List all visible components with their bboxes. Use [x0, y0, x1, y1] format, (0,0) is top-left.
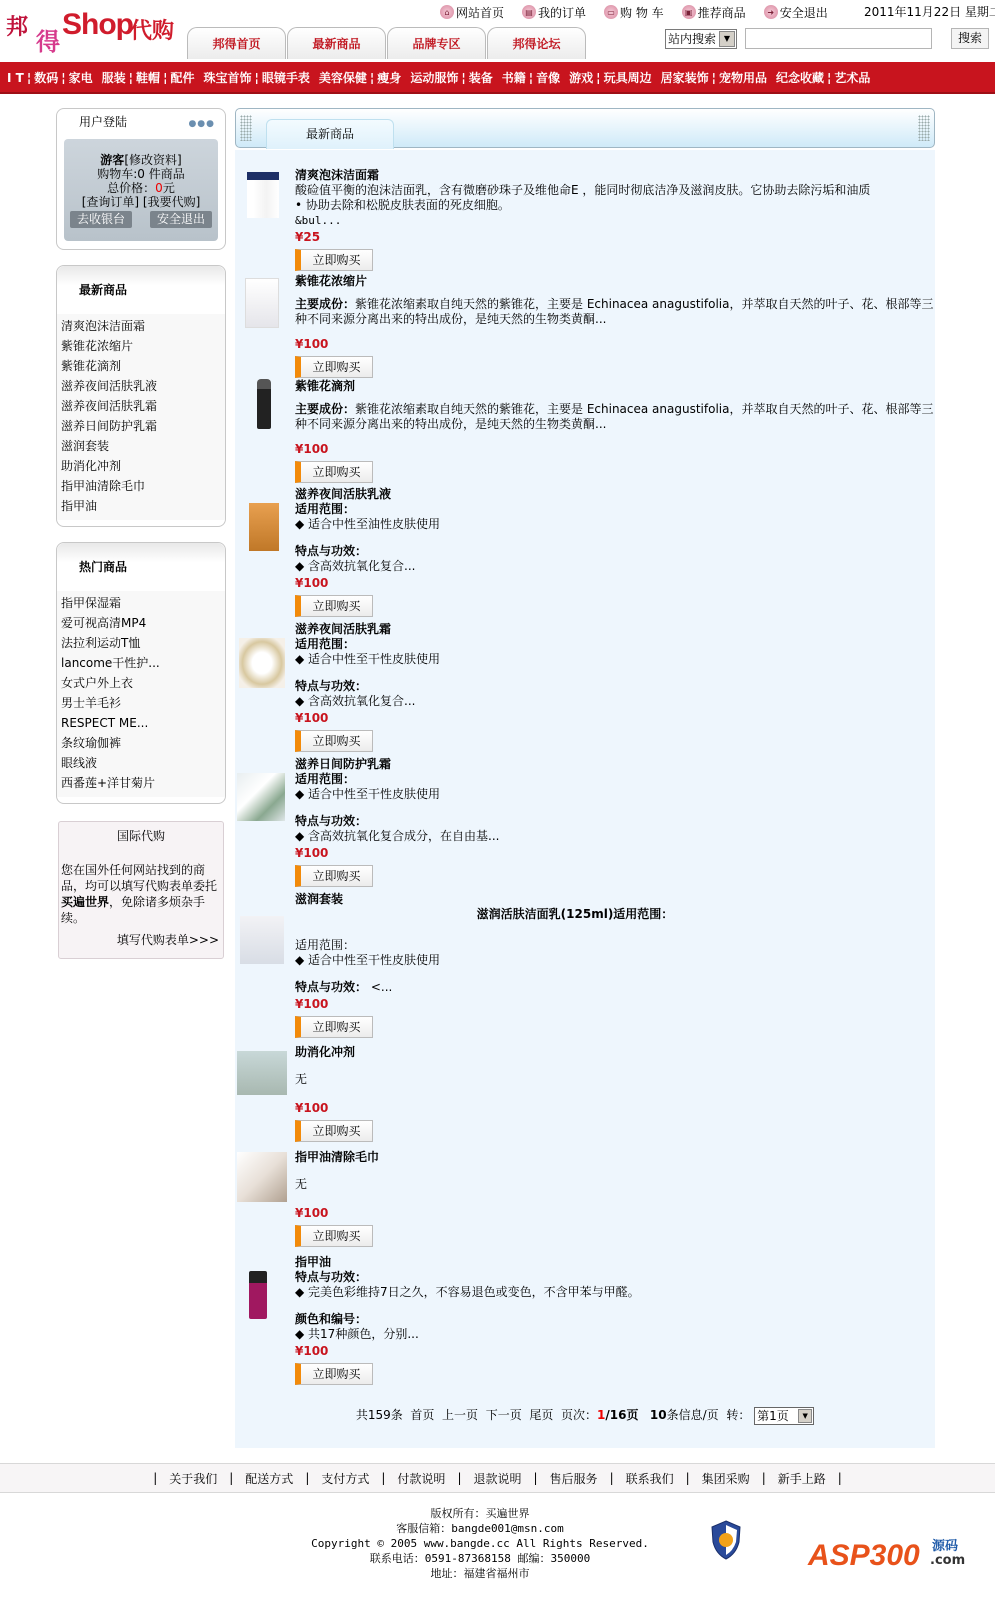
more-dots-icon: ●●● — [188, 119, 215, 129]
product-thumbnail[interactable] — [249, 503, 279, 551]
category-link[interactable]: 珠宝首饰 — [203, 71, 251, 85]
intl-daigou-desc: 您在国外任何网站找到的商品，均可以填写代购表单委托买遍世界，免除诸多烦杂手续。 — [59, 844, 223, 926]
product-price: ¥100 — [295, 711, 935, 726]
product-price: ¥100 — [295, 337, 935, 352]
product-price: ¥25 — [295, 230, 935, 245]
buy-now-button[interactable]: 立即购买 — [295, 356, 373, 378]
product-list: 清爽泡沫洁面霜 酸硷值平衡的泡沫洁面乳，含有微磨砂珠子及维他命E ，能同时彻底洁… — [235, 150, 935, 1448]
link-label: 安全退出 — [780, 4, 828, 21]
footer-link-refund[interactable]: 退款说明 — [473, 1470, 521, 1487]
product-name[interactable]: 紫锥花浓缩片 — [295, 274, 935, 289]
goto-label: 转： — [726, 1408, 750, 1422]
intl-daigou-title: 国际代购 — [59, 822, 223, 844]
product-name[interactable]: 清爽泡沫洁面霜 — [295, 168, 935, 183]
list-item[interactable]: 指甲油 — [61, 496, 225, 516]
logo-text-bang: 邦 — [6, 10, 28, 41]
footer-nav: |关于我们 |配送方式 |支付方式 |付款说明 |退款说明 |售后服务 |联系我… — [0, 1463, 995, 1493]
site-logo[interactable]: 邦 得 Shop 代购 — [4, 4, 182, 52]
search-input[interactable] — [745, 28, 932, 49]
logo-text-shop: Shop — [62, 8, 133, 42]
main-panel-header: 最新商品 — [235, 108, 935, 148]
cart-summary: 购物车:0 件商品 — [64, 167, 218, 181]
buy-now-button[interactable]: 立即购买 — [295, 1225, 373, 1247]
product-name[interactable]: 助消化冲剂 — [295, 1045, 935, 1060]
footer-link-payment-notes[interactable]: 付款说明 — [397, 1470, 445, 1487]
product-thumbnail[interactable] — [240, 916, 284, 964]
category-link[interactable]: 家电 — [69, 71, 93, 85]
product-thumbnail[interactable] — [249, 1271, 267, 1319]
next-page-link[interactable]: 下一页 — [486, 1408, 522, 1422]
footer-link-delivery[interactable]: 配送方式 — [245, 1470, 293, 1487]
page-label: 页次： — [561, 1408, 597, 1422]
asp300-logo[interactable]: ASP300 源码 .com — [808, 1525, 968, 1575]
list-item[interactable]: 紫锥花浓缩片 — [61, 336, 225, 356]
list-item[interactable]: 法拉利运动T恤 — [61, 633, 225, 653]
list-item[interactable]: 滋养日间防护乳霜 — [61, 416, 225, 436]
list-item[interactable]: 滋养夜间活肤乳液 — [61, 376, 225, 396]
search-scope-value: 站内搜索 — [668, 32, 716, 46]
list-item[interactable]: lancome干性护... — [61, 653, 225, 673]
current-date: 2011年11月22日 星期二 — [864, 3, 995, 20]
category-group: 美容保健¦瘦身 — [319, 69, 401, 86]
list-item[interactable]: 滋润套装 — [61, 436, 225, 456]
category-link[interactable]: 瘦身 — [377, 71, 401, 85]
buy-now-button[interactable]: 立即购买 — [295, 461, 373, 483]
login-box: 用户登陆 ●●● 游客[修改资料] 购物车:0 件商品 总价格：0元 [查询订单… — [56, 108, 226, 250]
logout-button[interactable]: 安全退出 — [150, 211, 212, 228]
link-label: 购 物 车 — [620, 4, 664, 21]
list-item[interactable]: 指甲油清除毛巾 — [61, 476, 225, 496]
product-price: ¥100 — [295, 576, 935, 591]
security-shield-icon[interactable] — [710, 1520, 742, 1560]
logo-text-daigou: 代购 — [130, 14, 174, 45]
category-link[interactable]: 服装 — [102, 71, 126, 85]
username: 游客 — [100, 153, 124, 167]
home-icon: ⌂ — [440, 5, 454, 19]
category-group: 纪念收藏¦艺术品 — [776, 69, 870, 86]
search-button[interactable]: 搜索 — [951, 28, 989, 49]
list-item[interactable]: 西番莲+洋甘菊片 — [61, 773, 225, 793]
product-name[interactable]: 指甲油 — [295, 1255, 935, 1270]
product-thumbnail[interactable] — [237, 773, 285, 821]
product-price: ¥100 — [295, 442, 935, 457]
category-nav: I T¦数码¦家电 服装¦鞋帽¦配件 珠宝首饰¦眼镜手表 美容保健¦瘦身 运动服… — [0, 62, 995, 94]
list-item[interactable]: 条纹瑜伽裤 — [61, 733, 225, 753]
product-name[interactable]: 滋养日间防护乳霜 — [295, 757, 935, 772]
logo-text-de: 得 — [36, 22, 60, 57]
product-thumbnail[interactable] — [239, 638, 285, 688]
category-link[interactable]: 游戏 — [569, 71, 593, 85]
product-name[interactable]: 紫锥花滴剂 — [295, 379, 935, 394]
copyright-info: 版权所有：买遍世界 客服信箱：bangde001@msn.com Copyrig… — [300, 1506, 660, 1581]
new-products-title: 最新商品 — [79, 281, 127, 298]
buy-now-button[interactable]: 立即购买 — [295, 1363, 373, 1385]
list-item[interactable]: 滋养夜间活肤乳霜 — [61, 396, 225, 416]
category-link[interactable]: 艺术品 — [834, 71, 870, 85]
per-page-count: 10 — [650, 1408, 667, 1422]
category-link[interactable]: 运动服饰 — [410, 71, 458, 85]
product-thumbnail[interactable] — [247, 172, 279, 218]
list-item[interactable]: RESPECT ME... — [61, 713, 225, 733]
category-link[interactable]: I T — [7, 71, 24, 85]
checkout-button[interactable]: 去收银台 — [70, 211, 132, 228]
footer-link-about[interactable]: 关于我们 — [169, 1470, 217, 1487]
page-select-value: 第1页 — [757, 1409, 789, 1423]
buy-now-button[interactable]: 立即购买 — [295, 1016, 373, 1038]
category-group: 居家装饰¦宠物用品 — [661, 69, 767, 86]
footer-link-contact[interactable]: 联系我们 — [626, 1470, 674, 1487]
search-scope-select[interactable]: 站内搜索 ▼ — [665, 29, 737, 49]
main-tabs: 邦得首页 最新商品 品牌专区 邦得论坛 — [187, 27, 587, 59]
grip-icon — [918, 115, 930, 141]
link-label: 推荐商品 — [698, 4, 746, 21]
link-site-home[interactable]: ⌂ 网站首页 — [440, 4, 504, 21]
hot-products-title: 热门商品 — [79, 558, 127, 575]
product-subtitle: 滋润活肤洁面乳(125ml)适用范围： — [295, 907, 935, 922]
product-name[interactable]: 指甲油清除毛巾 — [295, 1150, 935, 1165]
category-link[interactable]: 眼镜手表 — [262, 71, 310, 85]
total-value: 0 — [155, 181, 163, 195]
chevron-down-icon: ▼ — [719, 31, 735, 47]
link-logout[interactable]: ➜ 安全退出 — [764, 4, 828, 21]
product-name[interactable]: 滋养夜间活肤乳液 — [295, 487, 935, 502]
category-group: I T¦数码¦家电 — [7, 69, 93, 86]
recommend-icon: ▣ — [682, 5, 696, 19]
category-link[interactable]: 玩具周边 — [604, 71, 652, 85]
per-page-label: 条信息/页 — [667, 1408, 719, 1422]
category-link[interactable]: 装备 — [469, 71, 493, 85]
category-link[interactable]: 宠物用品 — [719, 71, 767, 85]
category-link[interactable]: 音像 — [536, 71, 560, 85]
footer-link-group-buy[interactable]: 集团采购 — [702, 1470, 750, 1487]
category-link[interactable]: 配件 — [170, 71, 194, 85]
list-item[interactable]: 紫锥花滴剂 — [61, 356, 225, 376]
footer-link-newbie[interactable]: 新手上路 — [778, 1470, 826, 1487]
total-count: 共159条 — [356, 1408, 403, 1422]
category-group: 珠宝首饰¦眼镜手表 — [203, 69, 309, 86]
request-daigou-link[interactable]: [我要代购] — [143, 195, 200, 209]
hot-products-box: 热门商品 指甲保湿霜 爱可视高清MP4 法拉利运动T恤 lancome干性护..… — [56, 542, 226, 804]
list-item[interactable]: 助消化冲剂 — [61, 456, 225, 476]
intl-daigou-box: 国际代购 您在国外任何网站找到的商品，均可以填写代购表单委托买遍世界，免除诸多烦… — [58, 821, 224, 959]
product-price: ¥100 — [295, 1344, 935, 1359]
prev-page-link[interactable]: 上一页 — [442, 1408, 478, 1422]
total-pages: /16页 — [605, 1408, 638, 1422]
last-page-link[interactable]: 尾页 — [529, 1408, 553, 1422]
list-item[interactable]: 爱可视高清MP4 — [61, 613, 225, 633]
order-icon: ▤ — [522, 5, 536, 19]
product-thumbnail[interactable] — [257, 379, 271, 429]
tab-forum[interactable]: 邦得论坛 — [487, 27, 586, 59]
category-link[interactable]: 居家装饰 — [661, 71, 709, 85]
category-link[interactable]: 美容保健 — [319, 71, 367, 85]
product-price: ¥100 — [295, 1101, 935, 1116]
chevron-down-icon: ▼ — [798, 1409, 812, 1423]
product-price: ¥100 — [295, 997, 935, 1012]
first-page-link[interactable]: 首页 — [410, 1408, 434, 1422]
product-name[interactable]: 滋润套装 — [295, 892, 935, 907]
list-item[interactable]: 眼线液 — [61, 753, 225, 773]
query-orders-link[interactable]: [查询订单] — [82, 195, 139, 209]
category-link[interactable]: 书籍 — [502, 71, 526, 85]
new-products-list: 清爽泡沫洁面霜 紫锥花浓缩片 紫锥花滴剂 滋养夜间活肤乳液 滋养夜间活肤乳霜 滋… — [57, 314, 225, 520]
product-thumbnail[interactable] — [237, 1152, 287, 1202]
product-price: ¥100 — [295, 1206, 935, 1221]
total-unit: 元 — [163, 181, 175, 195]
link-cart[interactable]: ▭ 购 物 车 — [604, 4, 664, 21]
page-select[interactable]: 第1页 ▼ — [754, 1407, 814, 1425]
grip-icon — [240, 115, 252, 141]
tab-new-products[interactable]: 最新商品 — [287, 27, 386, 59]
category-link[interactable]: 鞋帽 — [136, 71, 160, 85]
total-label: 总价格： — [107, 181, 155, 195]
category-group: 运动服饰¦装备 — [410, 69, 492, 86]
product-price: ¥100 — [295, 846, 935, 861]
hot-products-list: 指甲保湿霜 爱可视高清MP4 法拉利运动T恤 lancome干性护... 女式户… — [57, 591, 225, 797]
footer-link-payment[interactable]: 支付方式 — [321, 1470, 369, 1487]
product-name[interactable]: 滋养夜间活肤乳霜 — [295, 622, 935, 637]
buy-now-button[interactable]: 立即购买 — [295, 249, 373, 271]
list-item[interactable]: 男士羊毛衫 — [61, 693, 225, 713]
link-label: 我的订单 — [538, 4, 586, 21]
cart-icon: ▭ — [604, 5, 618, 19]
login-panel: 游客[修改资料] 购物车:0 件商品 总价格：0元 [查询订单] [我要代购] … — [64, 139, 218, 241]
buy-now-button[interactable]: 立即购买 — [295, 1120, 373, 1142]
product-thumbnail[interactable] — [237, 1051, 287, 1095]
tab-latest-products[interactable]: 最新商品 — [266, 119, 394, 149]
footer-link-after-sales[interactable]: 售后服务 — [550, 1470, 598, 1487]
list-item[interactable]: 清爽泡沫洁面霜 — [61, 316, 225, 336]
fill-daigou-form-link[interactable]: 填写代购表单>>> — [117, 931, 219, 948]
product-thumbnail[interactable] — [245, 278, 279, 328]
category-link[interactable]: 数码 — [34, 71, 58, 85]
pagination: 共159条 首页 上一页 下一页 尾页 页次：1/16页 10条信息/页 转： … — [235, 1406, 935, 1425]
category-group: 游戏¦玩具周边 — [569, 69, 651, 86]
new-products-box: 最新商品 清爽泡沫洁面霜 紫锥花浓缩片 紫锥花滴剂 滋养夜间活肤乳液 滋养夜间活… — [56, 265, 226, 527]
list-item[interactable]: 指甲保湿霜 — [61, 593, 225, 613]
tab-home[interactable]: 邦得首页 — [187, 27, 286, 59]
buy-now-button[interactable]: 立即购买 — [295, 865, 373, 887]
buy-now-button[interactable]: 立即购买 — [295, 595, 373, 617]
category-group: 服装¦鞋帽¦配件 — [102, 69, 195, 86]
login-box-title: 用户登陆 — [79, 113, 127, 130]
category-group: 书籍¦音像 — [502, 69, 560, 86]
link-my-orders[interactable]: ▤ 我的订单 — [522, 4, 586, 21]
buy-now-button[interactable]: 立即购买 — [295, 730, 373, 752]
top-links: ⌂ 网站首页 ▤ 我的订单 ▭ 购 物 车 ▣ 推荐商品 ➜ 安全退出 — [440, 2, 846, 22]
logout-icon: ➜ — [764, 5, 778, 19]
link-label: 网站首页 — [456, 4, 504, 21]
edit-profile-link[interactable]: [修改资料] — [124, 153, 181, 167]
category-link[interactable]: 纪念收藏 — [776, 71, 824, 85]
link-recommended[interactable]: ▣ 推荐商品 — [682, 4, 746, 21]
tab-brands[interactable]: 品牌专区 — [387, 27, 486, 59]
list-item[interactable]: 女式户外上衣 — [61, 673, 225, 693]
